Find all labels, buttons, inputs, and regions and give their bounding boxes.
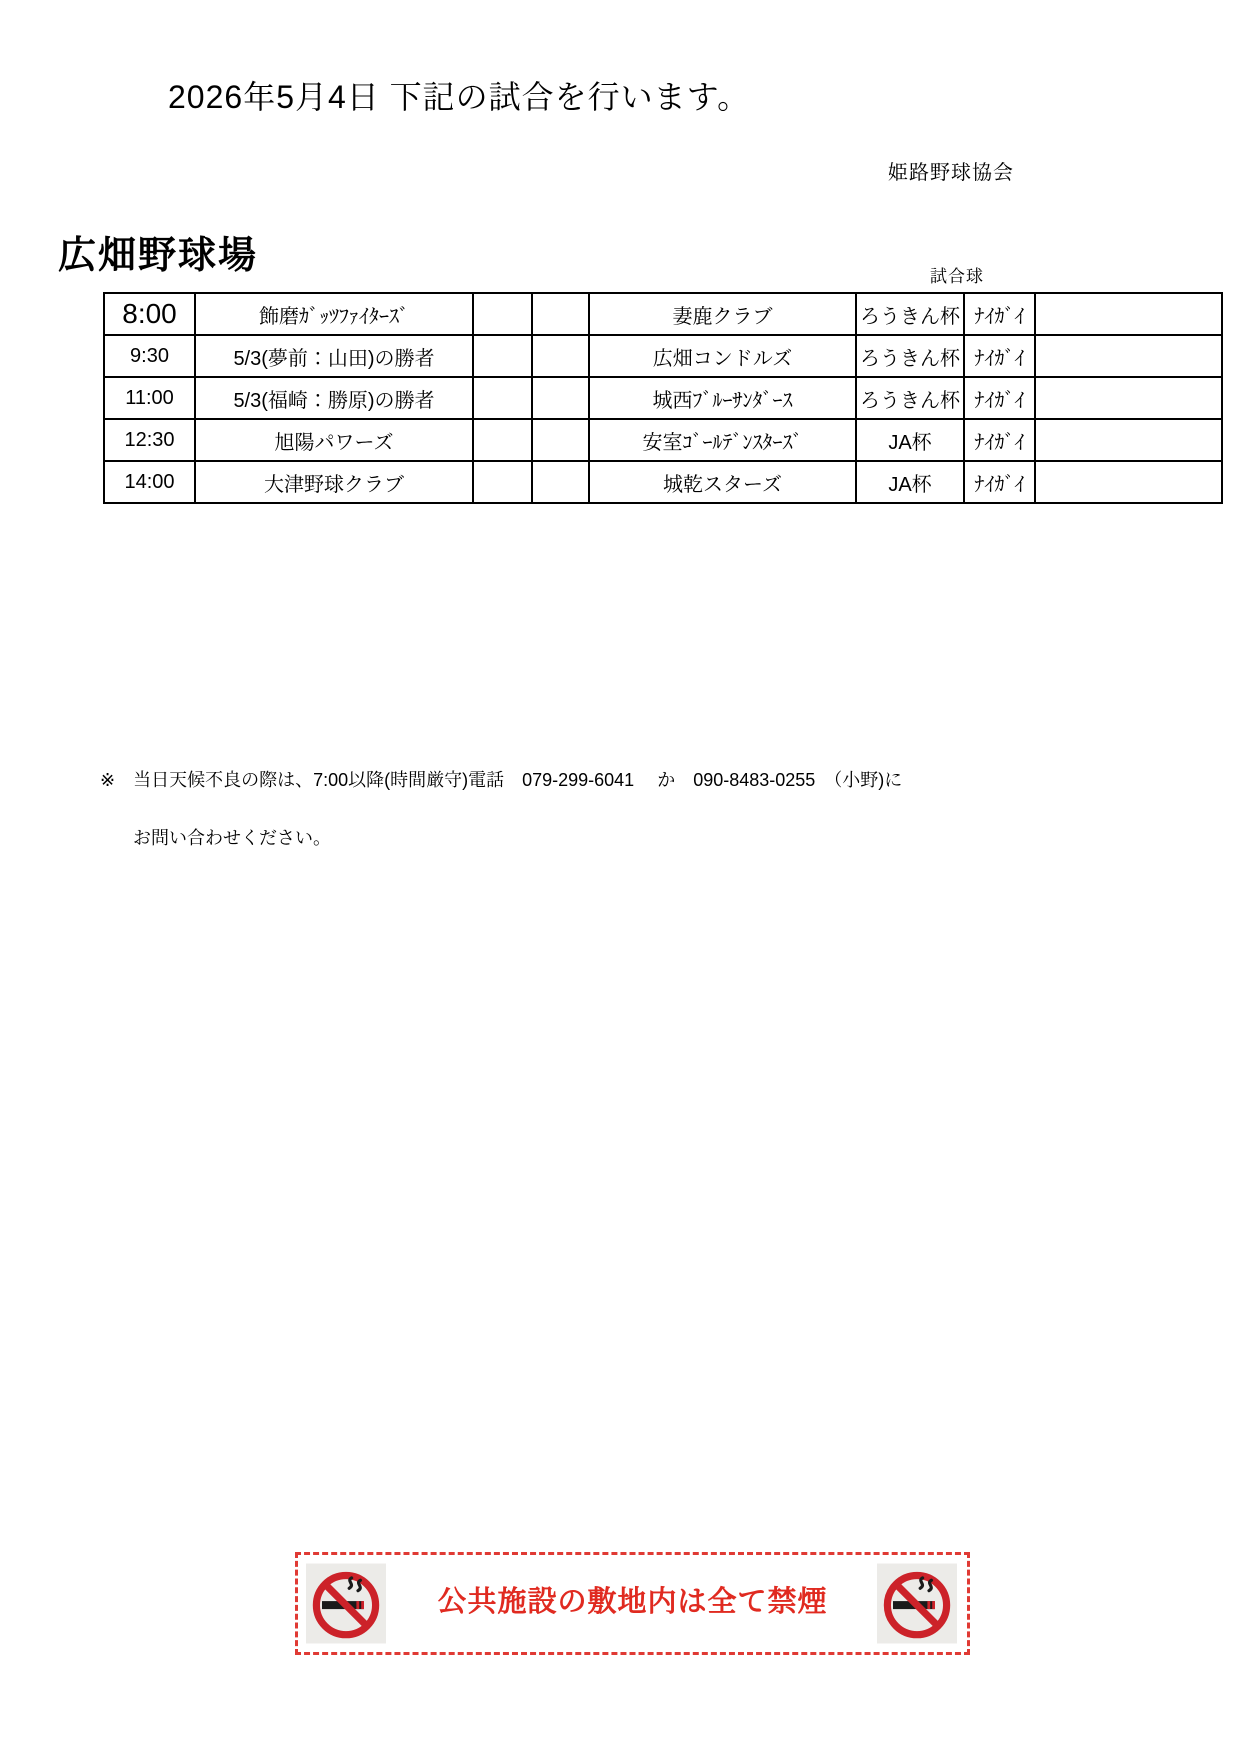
ball-brand: ﾅｲｶﾞｲ [964,419,1035,461]
score-cell-2 [532,293,589,335]
second-team: 安室ｺﾞｰﾙﾃﾞﾝｽﾀｰｽﾞ [589,419,856,461]
schedule-row: 9:30 5/3(夢前：山田)の勝者 広畑コンドルズ ろうきん杯 ﾅｲｶﾞｲ [104,335,1222,377]
empty-cell [1035,293,1222,335]
schedule-table-body: 8:00 飾磨ｶﾞｯﾂﾌｧｲﾀｰｽﾞ 妻鹿クラブ ろうきん杯 ﾅｲｶﾞｲ 9:3… [104,293,1222,503]
ball-brand: ﾅｲｶﾞｲ [964,377,1035,419]
empty-cell [1035,335,1222,377]
first-team: 大津野球クラブ [195,461,473,503]
no-smoking-banner: 公共施設の敷地内は全て禁煙 [295,1552,970,1655]
first-team: 飾磨ｶﾞｯﾂﾌｧｲﾀｰｽﾞ [195,293,473,335]
empty-cell [1035,377,1222,419]
page-title: 2026年5月4日 下記の試合を行います。 [168,72,750,118]
game-time: 14:00 [104,461,195,503]
game-time: 8:00 [104,293,195,335]
schedule-row: 8:00 飾磨ｶﾞｯﾂﾌｧｲﾀｰｽﾞ 妻鹿クラブ ろうきん杯 ﾅｲｶﾞｲ [104,293,1222,335]
venue-name: 広畑野球場 [58,224,258,279]
empty-cell [1035,461,1222,503]
score-cell-2 [532,377,589,419]
score-cell-1 [473,293,532,335]
second-team: 城西ﾌﾞﾙｰｻﾝﾀﾞｰｽ [589,377,856,419]
score-cell-1 [473,335,532,377]
game-time: 9:30 [104,335,195,377]
tournament-name: ろうきん杯 [856,293,964,335]
weather-notice-line1: ※ 当日天候不良の際は、7:00以降(時間厳守)電話 079-299-6041 … [100,766,902,792]
score-cell-2 [532,419,589,461]
no-smoking-icon [877,1561,957,1646]
first-team: 5/3(夢前：山田)の勝者 [195,335,473,377]
tournament-name: JA杯 [856,461,964,503]
ball-brand: ﾅｲｶﾞｲ [964,293,1035,335]
no-smoking-text: 公共施設の敷地内は全て禁煙 [393,1579,872,1620]
second-team: 妻鹿クラブ [589,293,856,335]
first-team: 5/3(福崎：勝原)の勝者 [195,377,473,419]
score-cell-2 [532,461,589,503]
schedule-table: 8:00 飾磨ｶﾞｯﾂﾌｧｲﾀｰｽﾞ 妻鹿クラブ ろうきん杯 ﾅｲｶﾞｲ 9:3… [103,292,1223,504]
schedule-row: 14:00 大津野球クラブ 城乾スターズ JA杯 ﾅｲｶﾞｲ [104,461,1222,503]
tournament-name: JA杯 [856,419,964,461]
game-ball-label: 試合球 [930,262,984,287]
game-time: 12:30 [104,419,195,461]
ball-brand: ﾅｲｶﾞｲ [964,335,1035,377]
score-cell-1 [473,461,532,503]
second-team: 広畑コンドルズ [589,335,856,377]
no-smoking-icon [306,1561,386,1646]
organization-name: 姫路野球協会 [888,156,1014,185]
first-team: 旭陽パワーズ [195,419,473,461]
weather-notice-line2: お問い合わせください。 [133,824,331,850]
score-cell-1 [473,419,532,461]
second-team: 城乾スターズ [589,461,856,503]
score-cell-1 [473,377,532,419]
tournament-name: ろうきん杯 [856,335,964,377]
game-time: 11:00 [104,377,195,419]
empty-cell [1035,419,1222,461]
tournament-name: ろうきん杯 [856,377,964,419]
ball-brand: ﾅｲｶﾞｲ [964,461,1035,503]
schedule-row: 11:00 5/3(福崎：勝原)の勝者 城西ﾌﾞﾙｰｻﾝﾀﾞｰｽ ろうきん杯 ﾅ… [104,377,1222,419]
schedule-row: 12:30 旭陽パワーズ 安室ｺﾞｰﾙﾃﾞﾝｽﾀｰｽﾞ JA杯 ﾅｲｶﾞｲ [104,419,1222,461]
schedule-table-container: 8:00 飾磨ｶﾞｯﾂﾌｧｲﾀｰｽﾞ 妻鹿クラブ ろうきん杯 ﾅｲｶﾞｲ 9:3… [103,292,1223,504]
score-cell-2 [532,335,589,377]
